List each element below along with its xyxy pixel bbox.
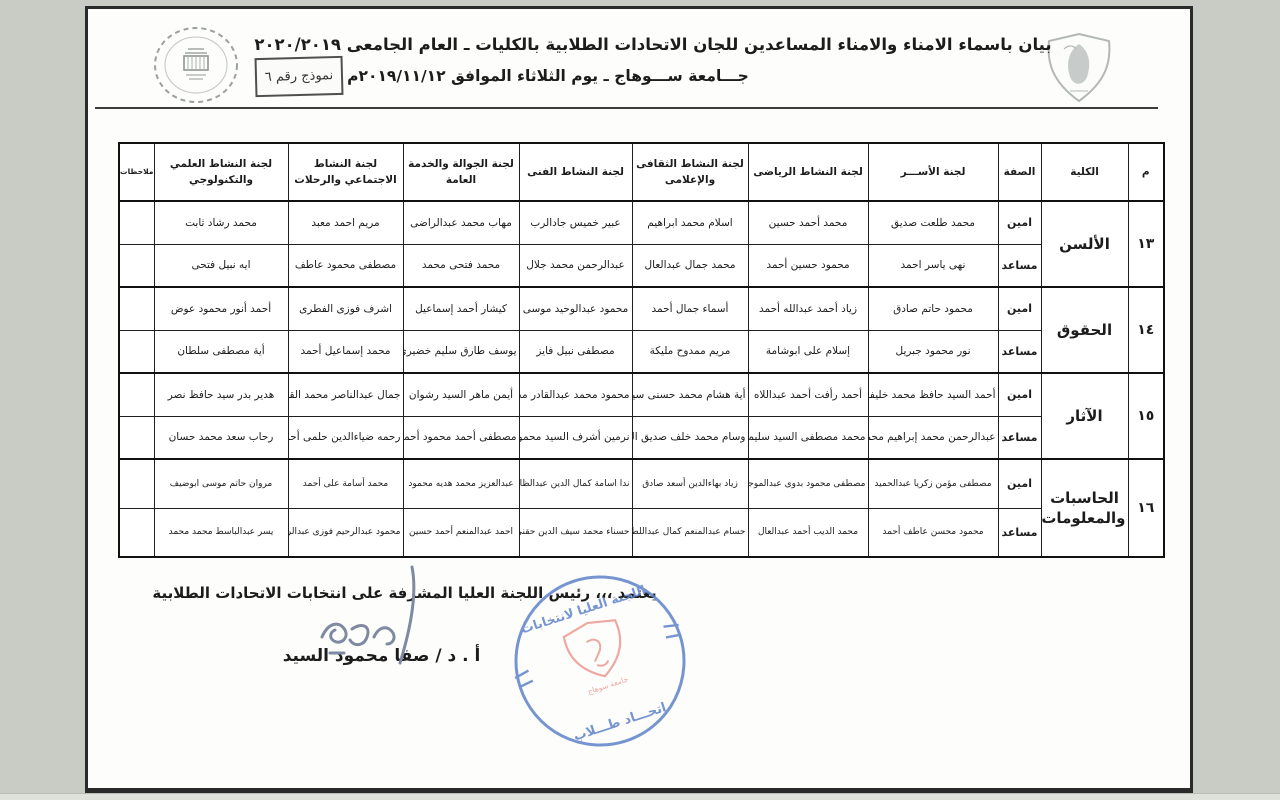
name-cell: احمد عبدالمنعم أحمد حسين	[403, 508, 519, 557]
column-header: الصفة	[998, 143, 1041, 201]
name-cell: وسام محمد خلف صديق السيد	[632, 416, 748, 459]
column-header: لجنة النشاط الفنى	[519, 143, 632, 201]
role-cell: مساعد	[998, 508, 1041, 557]
column-header: لجنة النشاط العلمي والتكنولوجي	[154, 143, 288, 201]
column-header: الكلية	[1041, 143, 1128, 201]
name-cell: محمد جمال عبدالعال	[632, 244, 748, 287]
role-cell: مساعد	[998, 330, 1041, 373]
table-row: مساعدمحمود محسن عاطف أحمدمحمد الديب أحمد…	[119, 508, 1164, 557]
row-number-cell: ١٤	[1128, 287, 1164, 373]
row-number-cell: ١٥	[1128, 373, 1164, 459]
notes-cell	[119, 201, 154, 244]
name-cell: أية مصطفى سلطان	[154, 330, 288, 373]
name-cell: مصطفى مؤمن زكريا عبدالحميد	[868, 459, 998, 508]
name-cell: محمود محسن عاطف أحمد	[868, 508, 998, 557]
name-cell: ايه نبيل فتحى	[154, 244, 288, 287]
name-cell: مروان حاتم موسى ابوضيف	[154, 459, 288, 508]
document-viewer: بيان باسماء الامناء والامناء المساعدين ل…	[0, 0, 1280, 800]
name-cell: محمد إسماعيل أحمد	[288, 330, 403, 373]
name-cell: اشرف فوزى الفطرى	[288, 287, 403, 330]
name-cell: عبدالرحمن محمد جلال	[519, 244, 632, 287]
table-row: مساعدنهى ياسر احمدمحمود حسين أحمدمحمد جم…	[119, 244, 1164, 287]
name-cell: محمود عبدالوحيد موسى	[519, 287, 632, 330]
notes-cell	[119, 416, 154, 459]
role-cell: مساعد	[998, 416, 1041, 459]
name-cell: أحمد السيد حافظ محمد خليفة	[868, 373, 998, 416]
signature-ink	[300, 559, 445, 674]
column-header: لجنة النشاط الرياضى	[748, 143, 868, 201]
name-cell: نور محمود جبريل	[868, 330, 998, 373]
column-header: لجنة النشاط الاجتماعي والرحلات	[288, 143, 403, 201]
college-cell: الألسن	[1041, 201, 1128, 287]
name-cell: عبدالرحمن محمد إبراهيم محمد	[868, 416, 998, 459]
role-cell: امين	[998, 459, 1041, 508]
header-row: مالكليةالصفةلجنة الأســـرلجنة النشاط الر…	[119, 143, 1164, 201]
name-cell: ندا اسامة كمال الدين عبدالظاهر	[519, 459, 632, 508]
college-cell: الحاسبات والمعلومات	[1041, 459, 1128, 557]
committee-stamp: اللجنة العليا لانتخابات اتحـــاد طـــلاب…	[500, 561, 700, 761]
name-cell: أحمد رأفت أحمد عبداللاه	[748, 373, 868, 416]
table-row: مساعدعبدالرحمن محمد إبراهيم محمدمحمد مصط…	[119, 416, 1164, 459]
name-cell: أيمن ماهر السيد رشوان	[403, 373, 519, 416]
name-cell: رحاب سعد محمد حسان	[154, 416, 288, 459]
notes-cell	[119, 508, 154, 557]
name-cell: زياد بهاءالدين أسعد صادق	[632, 459, 748, 508]
name-cell: حسناء محمد سيف الدين حقنى	[519, 508, 632, 557]
column-header: لجنة النشاط الثقافى والإعلامى	[632, 143, 748, 201]
name-cell: حسام عبدالمنعم كمال عبداللطيف	[632, 508, 748, 557]
name-cell: أية هشام محمد حسنى سيد	[632, 373, 748, 416]
name-cell: محمود محمد عبدالقادر محمد	[519, 373, 632, 416]
column-header: م	[1128, 143, 1164, 201]
name-cell: يسر عبدالباسط محمد محمد	[154, 508, 288, 557]
name-cell: هدير بدر سيد حافظ نصر	[154, 373, 288, 416]
notes-cell	[119, 244, 154, 287]
table-row: ١٥الآثارامينأحمد السيد حافظ محمد خليفةأح…	[119, 373, 1164, 416]
notes-cell	[119, 459, 154, 508]
header-divider	[95, 107, 1158, 109]
name-cell: مريم ممدوح مليكة	[632, 330, 748, 373]
role-cell: امين	[998, 287, 1041, 330]
college-cell: الحقوق	[1041, 287, 1128, 373]
name-cell: أحمد أنور محمود عوض	[154, 287, 288, 330]
role-cell: مساعد	[998, 244, 1041, 287]
name-cell: يوسف طارق سليم خضيرى	[403, 330, 519, 373]
notes-cell	[119, 330, 154, 373]
name-cell: مصطفى نبيل فايز	[519, 330, 632, 373]
name-cell: اسلام محمد ابراهيم	[632, 201, 748, 244]
table-row: ١٤الحقوقامينمحمود حاتم صادقزياد أحمد عبد…	[119, 287, 1164, 330]
name-cell: محمد طلعت صديق	[868, 201, 998, 244]
name-cell: مصطفى محمود بدوى عبدالموجود	[748, 459, 868, 508]
name-cell: محمد الديب أحمد عبدالعال	[748, 508, 868, 557]
committees-table: مالكليةالصفةلجنة الأســـرلجنة النشاط الر…	[118, 142, 1165, 558]
name-cell: جمال عبدالناصر محمد القولى	[288, 373, 403, 416]
college-cell: الآثار	[1041, 373, 1128, 459]
name-cell: كيشار أحمد إسماعيل	[403, 287, 519, 330]
name-cell: نرمين أشرف السيد محمود	[519, 416, 632, 459]
table-row: مساعدنور محمود جبريلإسلام على ابوشامةمري…	[119, 330, 1164, 373]
notes-cell	[119, 287, 154, 330]
table-row: ١٦الحاسبات والمعلوماتامينمصطفى مؤمن زكري…	[119, 459, 1164, 508]
name-cell: مهاب محمد عبدالراضى	[403, 201, 519, 244]
name-cell: زياد أحمد عبدالله أحمد	[748, 287, 868, 330]
stamp-center-text: جامعة سوهاج	[586, 674, 629, 696]
name-cell: رحمه ضياءالدين حلمى أحمد	[288, 416, 403, 459]
name-cell: محمد أسامة على أحمد	[288, 459, 403, 508]
stamp-arc-top-text: اللجنة العليا لانتخابات	[519, 582, 647, 636]
name-cell: أسماء جمال أحمد	[632, 287, 748, 330]
form-number-box: نموذج رقم ٦	[255, 56, 344, 97]
name-cell: مصطفى أحمد محمود أحمد	[403, 416, 519, 459]
name-cell: نهى ياسر احمد	[868, 244, 998, 287]
document-page: بيان باسماء الامناء والامناء المساعدين ل…	[85, 6, 1193, 793]
column-header: لجنة الأســـر	[868, 143, 998, 201]
table-container: مالكليةالصفةلجنة الأســـرلجنة النشاط الر…	[118, 142, 1165, 558]
role-cell: امين	[998, 201, 1041, 244]
name-cell: محمد أحمد حسين	[748, 201, 868, 244]
notes-cell	[119, 373, 154, 416]
name-cell: مريم احمد معبد	[288, 201, 403, 244]
table-row: ١٣الألسنامينمحمد طلعت صديقمحمد أحمد حسين…	[119, 201, 1164, 244]
scrollbar-strip[interactable]	[0, 793, 1280, 800]
name-cell: مصطفى محمود عاطف	[288, 244, 403, 287]
document-title: بيان باسماء الامناء والامناء المساعدين ل…	[223, 35, 1083, 54]
name-cell: محمود حسين أحمد	[748, 244, 868, 287]
column-header: ملاحظات	[119, 143, 154, 201]
column-header: لجنة الجوالة والخدمة العامة	[403, 143, 519, 201]
name-cell: محمد فتحى محمد	[403, 244, 519, 287]
name-cell: محمود عبدالرحيم فوزى عبدالرحيم	[288, 508, 403, 557]
row-number-cell: ١٦	[1128, 459, 1164, 557]
name-cell: محمد مصطفى السيد سليمان	[748, 416, 868, 459]
name-cell: عبير خميس جادالرب	[519, 201, 632, 244]
role-cell: امين	[998, 373, 1041, 416]
stamp-arc-bottom-text: اتحـــاد طـــلاب	[572, 700, 669, 744]
row-number-cell: ١٣	[1128, 201, 1164, 287]
name-cell: محمود حاتم صادق	[868, 287, 998, 330]
name-cell: إسلام على ابوشامة	[748, 330, 868, 373]
name-cell: عبدالعزيز محمد هديه محمود	[403, 459, 519, 508]
name-cell: محمد رشاد ثابت	[154, 201, 288, 244]
